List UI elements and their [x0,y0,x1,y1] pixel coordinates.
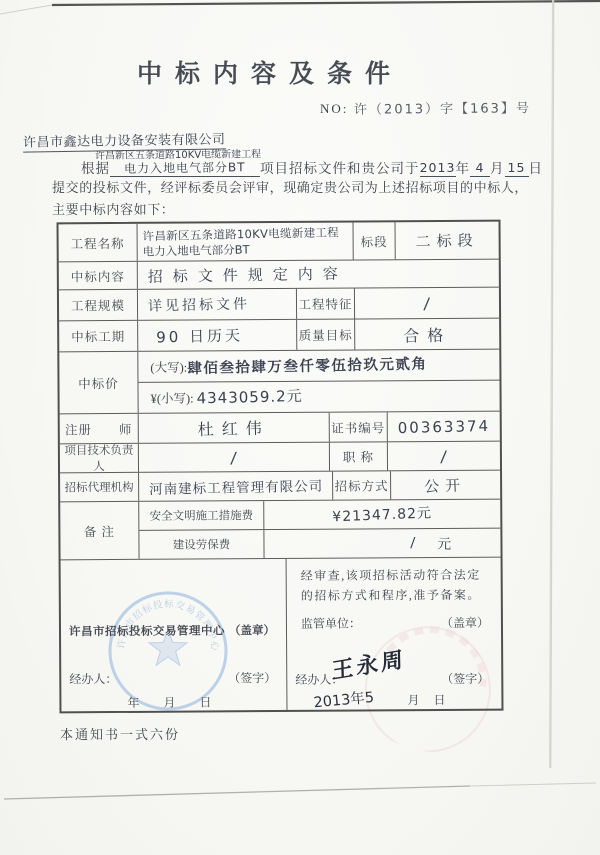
project-name-line2: 电力入地电气部分BT [143,241,250,259]
row-agency: 招标代理机构 河南建标工程管理有限公司 招标方式 公开 [60,470,500,502]
agency-label: 招标代理机构 [65,479,134,495]
bid-table: 工程名称 许昌新区五条道路10KV电缆新建工程 电力入地电气部分BT 标段 二标… [57,220,504,714]
vertical-fold-shadow [551,0,554,768]
price-label: 中标价 [78,373,119,391]
price-lower-value: 4343059.2元 [196,385,303,408]
title-label: 职 称 [343,447,374,465]
intro-genju: 根据 [81,161,110,176]
row-registered-engineer: 注册 师 杜红伟 证书编号 00363374 [60,411,500,444]
project-name-label: 工程名称 [71,233,125,251]
signoff-right-cell: 经审查,该项招标活动符合法定 的招标方式和程序,准予备案。 监管单位： （盖章）… [286,558,502,710]
supervisor-label: 监管单位： [301,615,361,632]
right-date-day-label: 日 [433,691,445,708]
feature-label: 工程特征 [298,295,352,313]
quality-label: 质量目标 [299,326,353,344]
price-lower-prefix: ¥(小写): [151,388,194,406]
row-duration: 中标工期 90 日历天 质量目标 合格 [59,318,499,352]
right-date-month-label: 月 [407,691,419,708]
quality-value: 合格 [403,322,452,346]
intro-month-label: 月 [490,161,505,176]
remarks-row1: 安全文明施工措施费 ¥21347.82元 [139,500,500,531]
document-page: 许昌市招标投标交易管理中心 中标内容及条件 NO: 许（2013）字【163】号… [0,0,600,855]
remarks-row2-value: / 元 [410,532,456,554]
bid-content-label: 中标内容 [71,266,125,284]
method-label: 招标方式 [335,476,389,494]
section-label: 标段 [361,232,388,250]
intro-day: 15 [508,160,526,175]
remarks-row1-label: 安全文明施工措施费 [150,507,254,524]
handler-signature: 王永周 [331,642,406,685]
section-value: 二标段 [415,229,478,251]
row-project-name: 工程名称 许昌新区五条道路10KV电缆新建工程 电力入地电气部分BT 标段 二标… [59,222,499,262]
scale-value: 详见招标文件 [148,293,250,315]
bottom-crease-line-right [470,783,596,786]
intro-year: 2013 [420,160,456,175]
engineer-value: 杜红伟 [197,415,270,440]
feature-value: / [423,293,430,312]
trade-center-seal-label: （盖章） [229,625,275,637]
techlead-label: 项目技术负责人 [60,444,138,472]
price-uppercase-row: (大写): 肆佰叁拾肆万叁仟零伍拾玖元贰角 [138,350,499,382]
vertical-fold-line [550,0,553,768]
left-handler-label: 经办人： [69,670,117,687]
bid-content-value: 招标文件规定内容 [148,263,348,287]
row-bid-price: 中标价 (大写): 肆佰叁拾肆万叁仟零伍拾玖元贰角 ¥(小写): 4343059… [59,349,499,414]
right-sign-label: （签字） [441,670,489,687]
duration-value: 90 日历天 [148,324,243,347]
right-date-handwritten: 2013年5 [313,686,375,710]
review-statement-line1: 经审查,该项招标活动符合法定 [301,566,481,584]
scale-label: 工程规模 [71,296,125,314]
signoff-left-cell: 许昌市招标投标交易管理中心 （盖章） 经办人： （签字） 年 月 日 [61,559,287,711]
intro-after: 项目招标文件和贵公司于 [260,161,420,176]
trade-center-name: 许昌市招标投标交易管理中心 [69,625,225,638]
intro-day-label: 日 [529,161,544,176]
review-statement-line2: 的招标方式和程序,准予备案。 [301,586,481,604]
top-left-edge [0,5,52,14]
agency-value: 河南建标工程管理有限公司 [149,475,323,498]
intro-paragraph-line2: 主要中标内容如下： [52,199,174,218]
left-sign-label: （签字） [228,669,276,686]
supervisor-seal-label: （盖章） [441,614,489,631]
intro-line: 根据电力入地电气部分BT项目招标文件和贵公司于2013年4月15日 [81,157,543,177]
remarks-row2: 建设劳保费 / 元 [139,528,500,559]
doc-number-value: 许（2013）字【163】号 [354,97,531,118]
method-value: 公开 [424,474,467,497]
row-signoff: 许昌市招标投标交易管理中心 （盖章） 经办人： （签字） 年 月 日 经审查,该… [61,557,502,712]
price-upper-prefix: (大写): [150,357,187,375]
intro-paragraph-line1: 提交的投标文件，经评标委员会评审，现确定贵公司为上述招标项目的中标人， [52,177,528,196]
title-value: / [440,446,447,465]
price-lowercase-row: ¥(小写): 4343059.2元 [138,379,499,413]
page-title: 中标内容及条件 [60,54,480,90]
bottom-crease-line [4,786,470,799]
engineer-label: 注册 师 [65,419,133,437]
remarks-row1-value: ¥21347.82元 [332,503,432,527]
intro-blank-value: 电力入地电气部分BT [124,158,246,177]
intro-month: 4 [476,160,485,175]
copies-note: 本通知书一式六份 [60,724,180,743]
left-date-line: 年 月 日 [127,693,217,711]
cert-label: 证书编号 [331,418,385,436]
row-tech-lead: 项目技术负责人 / 职 称 / [60,441,500,473]
doc-number-prefix: NO: [320,101,348,116]
techlead-value: / [230,448,237,467]
intro-year-label: 年 [456,161,471,176]
cert-value: 00363374 [397,416,490,436]
top-edge-shadow [52,1,600,5]
remarks-label: 备 注 [84,522,115,540]
row-project-scale: 工程规模 详见招标文件 工程特征 / [59,287,499,321]
remarks-row2-label: 建设劳保费 [173,537,231,553]
doc-number: NO: 许（2013）字【163】号 [320,98,531,117]
row-bid-content: 中标内容 招标文件规定内容 [59,259,499,290]
row-remarks: 备 注 安全文明施工措施费 ¥21347.82元 建设劳保费 / 元 [60,499,500,560]
duration-label: 中标工期 [71,327,125,345]
price-upper-value: 肆佰叁拾肆万叁仟零伍拾玖元贰角 [187,353,427,379]
